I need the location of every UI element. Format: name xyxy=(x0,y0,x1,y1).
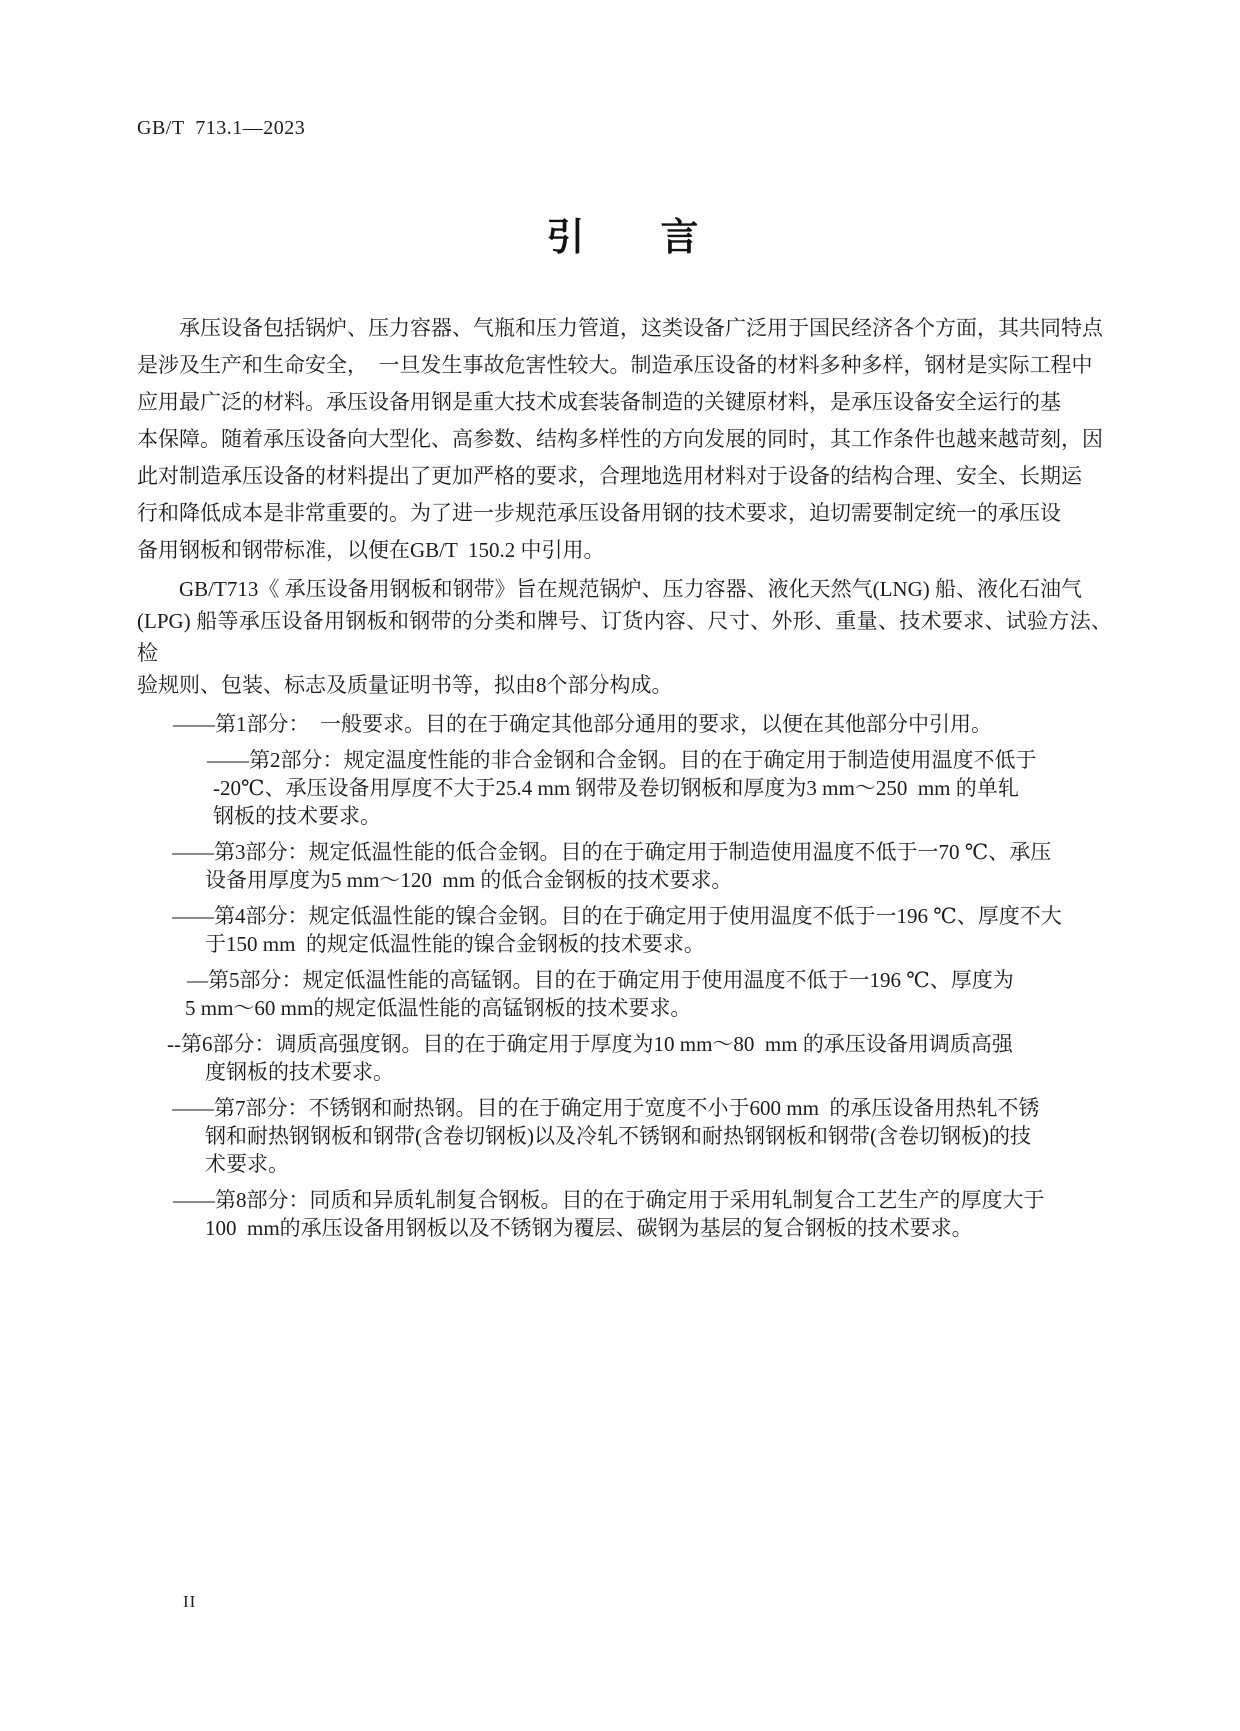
part-list-item-3: ——第3部分：规定低温性能的低合金钢。目的在于确定用于制造使用温度不低于一70 … xyxy=(137,838,1112,894)
body-column: 承压设备包括锅炉、压力容器、气瓶和压力管道，这类设备广泛用于国民经济各个方面，其… xyxy=(137,310,1112,1250)
part-list-item-2: ——第2部分：规定温度性能的非合金钢和合金钢。目的在于确定用于制造使用温度不低于… xyxy=(137,746,1112,830)
part-list-item-4: ——第4部分：规定低温性能的镍合金钢。目的在于确定用于使用温度不低于一196 ℃… xyxy=(137,902,1112,958)
standard-number: GB/T 713.1—2023 xyxy=(137,117,305,140)
page-number: II xyxy=(183,1592,196,1612)
document-page: GB/T 713.1—2023 引 言 承压设备包括锅炉、压力容器、气瓶和压力管… xyxy=(0,0,1240,1731)
page-title: 引 言 xyxy=(137,206,1108,261)
part-list-item-1: ——第1部分： 一般要求。目的在于确定其他部分通用的要求，以便在其他部分中引用。 xyxy=(137,710,1112,738)
parts-list: ——第1部分： 一般要求。目的在于确定其他部分通用的要求，以便在其他部分中引用。… xyxy=(137,710,1112,1242)
intro-paragraph-2: GB/T713《 承压设备用钢板和钢带》旨在规范锅炉、压力容器、液化天然气(LN… xyxy=(137,573,1112,701)
part-list-item-8: ——第8部分：同质和异质轧制复合钢板。目的在于确定用于采用轧制复合工艺生产的厚度… xyxy=(137,1186,1112,1242)
part-list-item-5: —第5部分：规定低温性能的高锰钢。目的在于确定用于使用温度不低于一196 ℃、厚… xyxy=(137,966,1112,1022)
intro-paragraph-1: 承压设备包括锅炉、压力容器、气瓶和压力管道，这类设备广泛用于国民经济各个方面，其… xyxy=(137,310,1112,569)
part-list-item-6: --第6部分：调质高强度钢。目的在于确定用于厚度为10 mm～80 mm 的承压… xyxy=(137,1030,1112,1086)
part-list-item-7: ——第7部分：不锈钢和耐热钢。目的在于确定用于宽度不小于600 mm 的承压设备… xyxy=(137,1094,1112,1178)
